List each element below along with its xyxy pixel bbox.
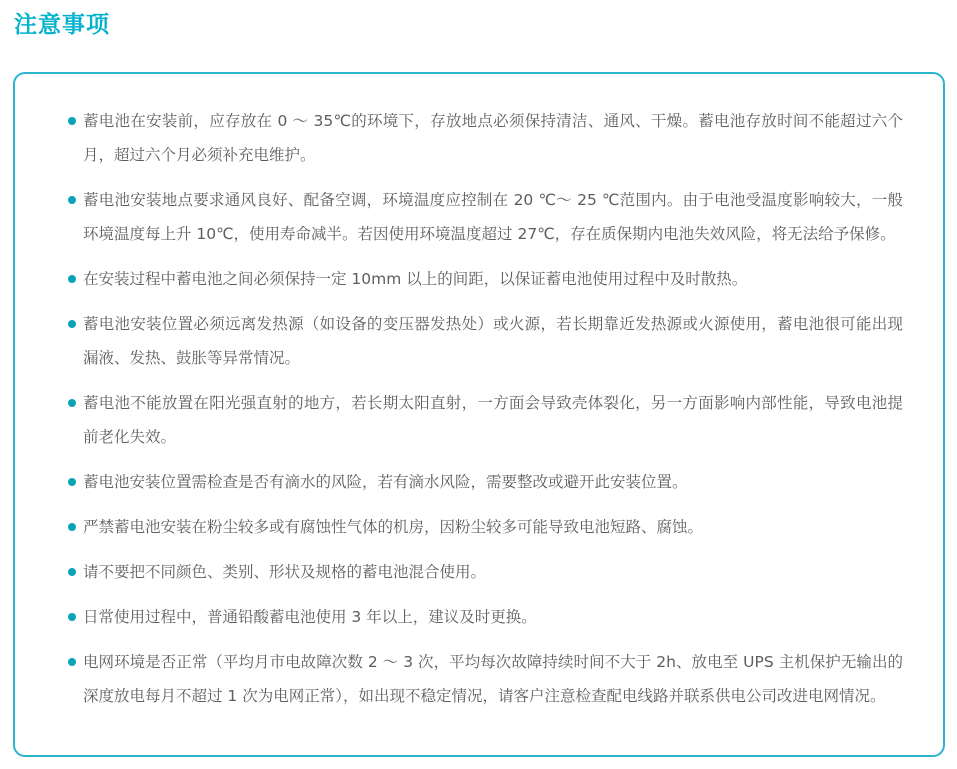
list-item: 蓄电池安装位置需检查是否有滴水的风险，若有滴水风险，需要整改或避开此安装位置。 [68, 465, 903, 499]
list-item: 蓄电池在安装前，应存放在 0 ～ 35℃的环境下，存放地点必须保持清洁、通风、干… [68, 104, 903, 172]
list-item: 日常使用过程中，普通铅酸蓄电池使用 3 年以上，建议及时更换。 [68, 600, 903, 634]
list-item: 严禁蓄电池安装在粉尘较多或有腐蚀性气体的机房，因粉尘较多可能导致电池短路、腐蚀。 [68, 510, 903, 544]
bullet-icon [68, 320, 76, 328]
bullet-icon [68, 658, 76, 666]
list-item: 蓄电池安装位置必须远离发热源（如设备的变压器发热处）或火源，若长期靠近发热源或火… [68, 307, 903, 375]
note-text: 请不要把不同颜色、类别、形状及规格的蓄电池混合使用。 [83, 563, 486, 581]
notes-list: 蓄电池在安装前，应存放在 0 ～ 35℃的环境下，存放地点必须保持清洁、通风、干… [15, 74, 943, 713]
note-text: 蓄电池在安装前，应存放在 0 ～ 35℃的环境下，存放地点必须保持清洁、通风、干… [83, 112, 903, 164]
bullet-icon [68, 478, 76, 486]
bullet-icon [68, 523, 76, 531]
list-item: 在安装过程中蓄电池之间必须保持一定 10mm 以上的间距，以保证蓄电池使用过程中… [68, 262, 903, 296]
bullet-icon [68, 399, 76, 407]
note-text: 蓄电池安装位置必须远离发热源（如设备的变压器发热处）或火源，若长期靠近发热源或火… [83, 315, 903, 367]
bullet-icon [68, 568, 76, 576]
document-page: 注意事项 蓄电池在安装前，应存放在 0 ～ 35℃的环境下，存放地点必须保持清洁… [0, 0, 957, 769]
list-item: 电网环境是否正常（平均月市电故障次数 2 ～ 3 次，平均每次故障持续时间不大于… [68, 645, 903, 713]
bullet-icon [68, 117, 76, 125]
note-text: 蓄电池不能放置在阳光强直射的地方，若长期太阳直射，一方面会导致壳体裂化，另一方面… [83, 394, 903, 446]
note-text: 日常使用过程中，普通铅酸蓄电池使用 3 年以上，建议及时更换。 [83, 608, 537, 626]
note-text: 严禁蓄电池安装在粉尘较多或有腐蚀性气体的机房，因粉尘较多可能导致电池短路、腐蚀。 [83, 518, 703, 536]
bullet-icon [68, 613, 76, 621]
bullet-icon [68, 275, 76, 283]
note-text: 在安装过程中蓄电池之间必须保持一定 10mm 以上的间距，以保证蓄电池使用过程中… [83, 270, 747, 288]
notes-panel: 蓄电池在安装前，应存放在 0 ～ 35℃的环境下，存放地点必须保持清洁、通风、干… [13, 72, 945, 757]
list-item: 蓄电池安装地点要求通风良好、配备空调，环境温度应控制在 20 ℃～ 25 ℃范围… [68, 183, 903, 251]
note-text: 电网环境是否正常（平均月市电故障次数 2 ～ 3 次，平均每次故障持续时间不大于… [83, 653, 903, 705]
bullet-icon [68, 196, 76, 204]
list-item: 蓄电池不能放置在阳光强直射的地方，若长期太阳直射，一方面会导致壳体裂化，另一方面… [68, 386, 903, 454]
note-text: 蓄电池安装地点要求通风良好、配备空调，环境温度应控制在 20 ℃～ 25 ℃范围… [83, 191, 903, 243]
page-title: 注意事项 [14, 6, 110, 39]
list-item: 请不要把不同颜色、类别、形状及规格的蓄电池混合使用。 [68, 555, 903, 589]
note-text: 蓄电池安装位置需检查是否有滴水的风险，若有滴水风险，需要整改或避开此安装位置。 [83, 473, 688, 491]
